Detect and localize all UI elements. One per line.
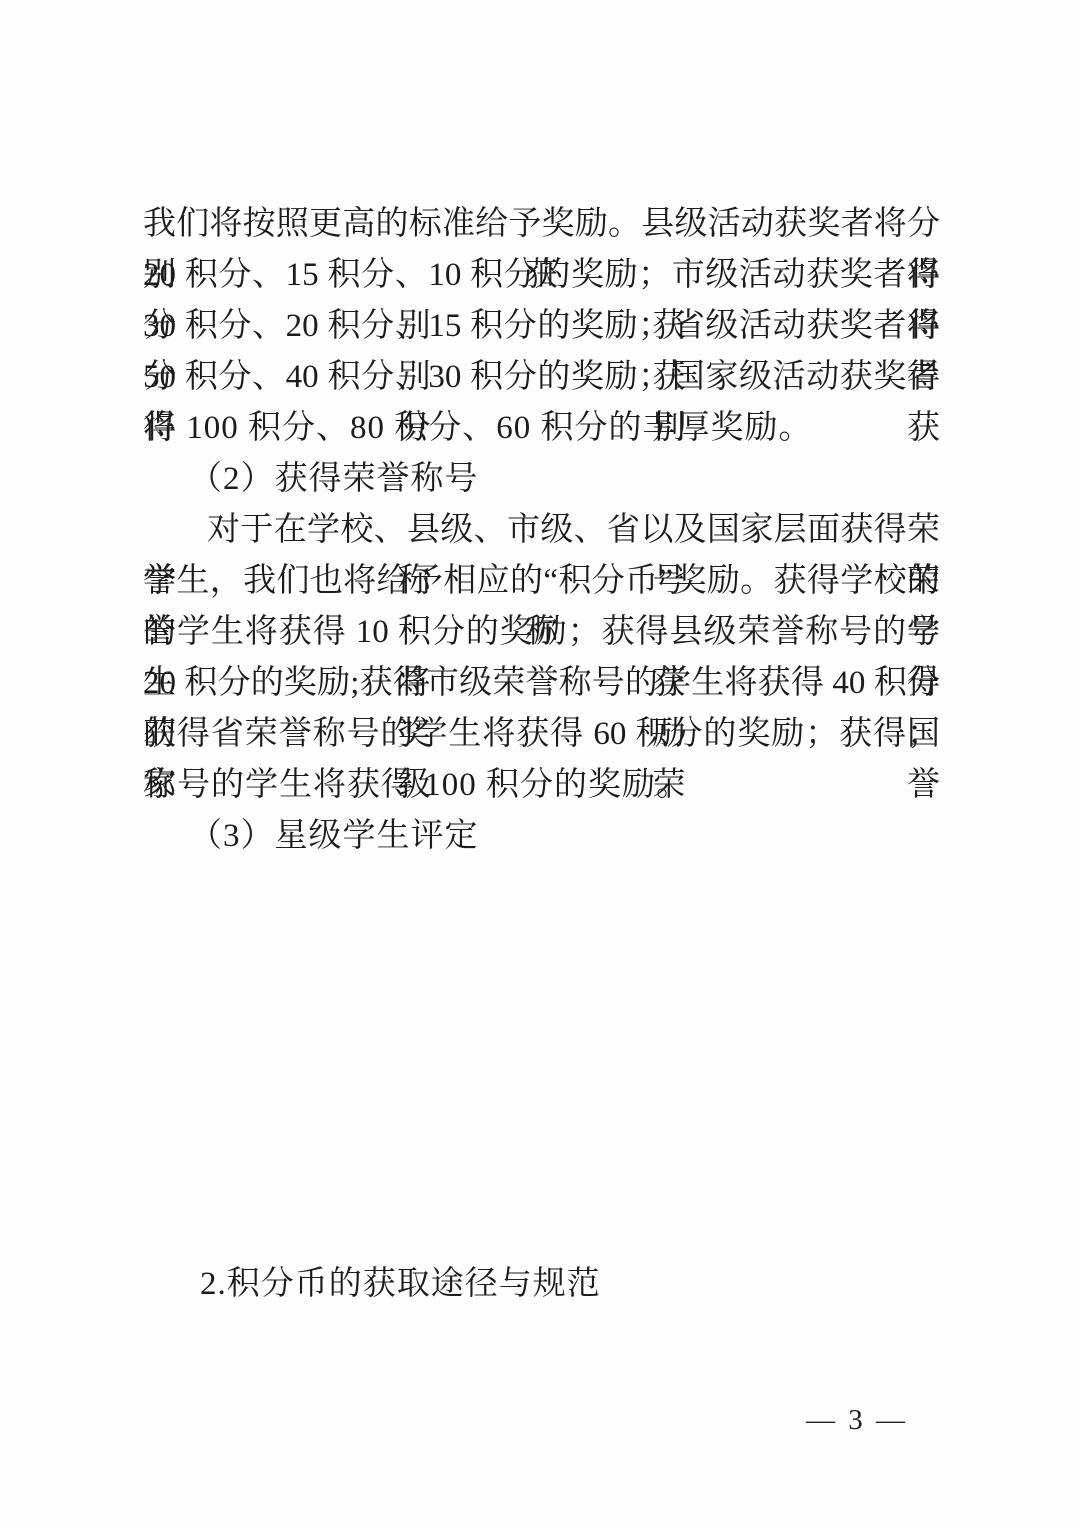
body-text-block: 我们将按照更高的标准给予奖励。县级活动获奖者将分别获得 20 积分、15 积分、… (143, 199, 940, 862)
page-number: — 3 — (806, 1402, 908, 1438)
subsection-heading: （2）获得荣誉称号 (143, 454, 940, 505)
body-line: 50 积分、40 积分、30 积分的奖励；国家级活动获奖者将分别获 (143, 352, 940, 403)
subsection-heading: （3）星级学生评定 (143, 811, 940, 862)
body-line: 20 积分的奖励;获得市级荣誉称号的学生将获得 40 积分的奖励； (143, 658, 940, 709)
body-line: 学生，我们也将给予相应的“积分币”奖励。获得学校荣誉称号 (143, 556, 940, 607)
body-line: 30 积分、20 积分、15 积分的奖励；省级活动获奖者将分别获得 (143, 301, 940, 352)
body-line: 获得省荣誉称号的学生将获得 60 积分的奖励；获得国家级荣誉 (143, 709, 940, 760)
section-heading: 2.积分币的获取途径与规范 (143, 1259, 940, 1310)
document-page: 我们将按照更高的标准给予奖励。县级活动获奖者将分别获得 20 积分、15 积分、… (0, 0, 1080, 1527)
body-line: 对于在学校、县级、市级、省以及国家层面获得荣誉称号的 (143, 505, 940, 556)
body-line: 的学生将获得 10 积分的奖励；获得县级荣誉称号的学生将获得 (143, 607, 940, 658)
body-line: 我们将按照更高的标准给予奖励。县级活动获奖者将分别获得 (143, 199, 940, 250)
body-line: 20 积分、15 积分、10 积分的奖励；市级活动获奖者将分别获得 (143, 250, 940, 301)
